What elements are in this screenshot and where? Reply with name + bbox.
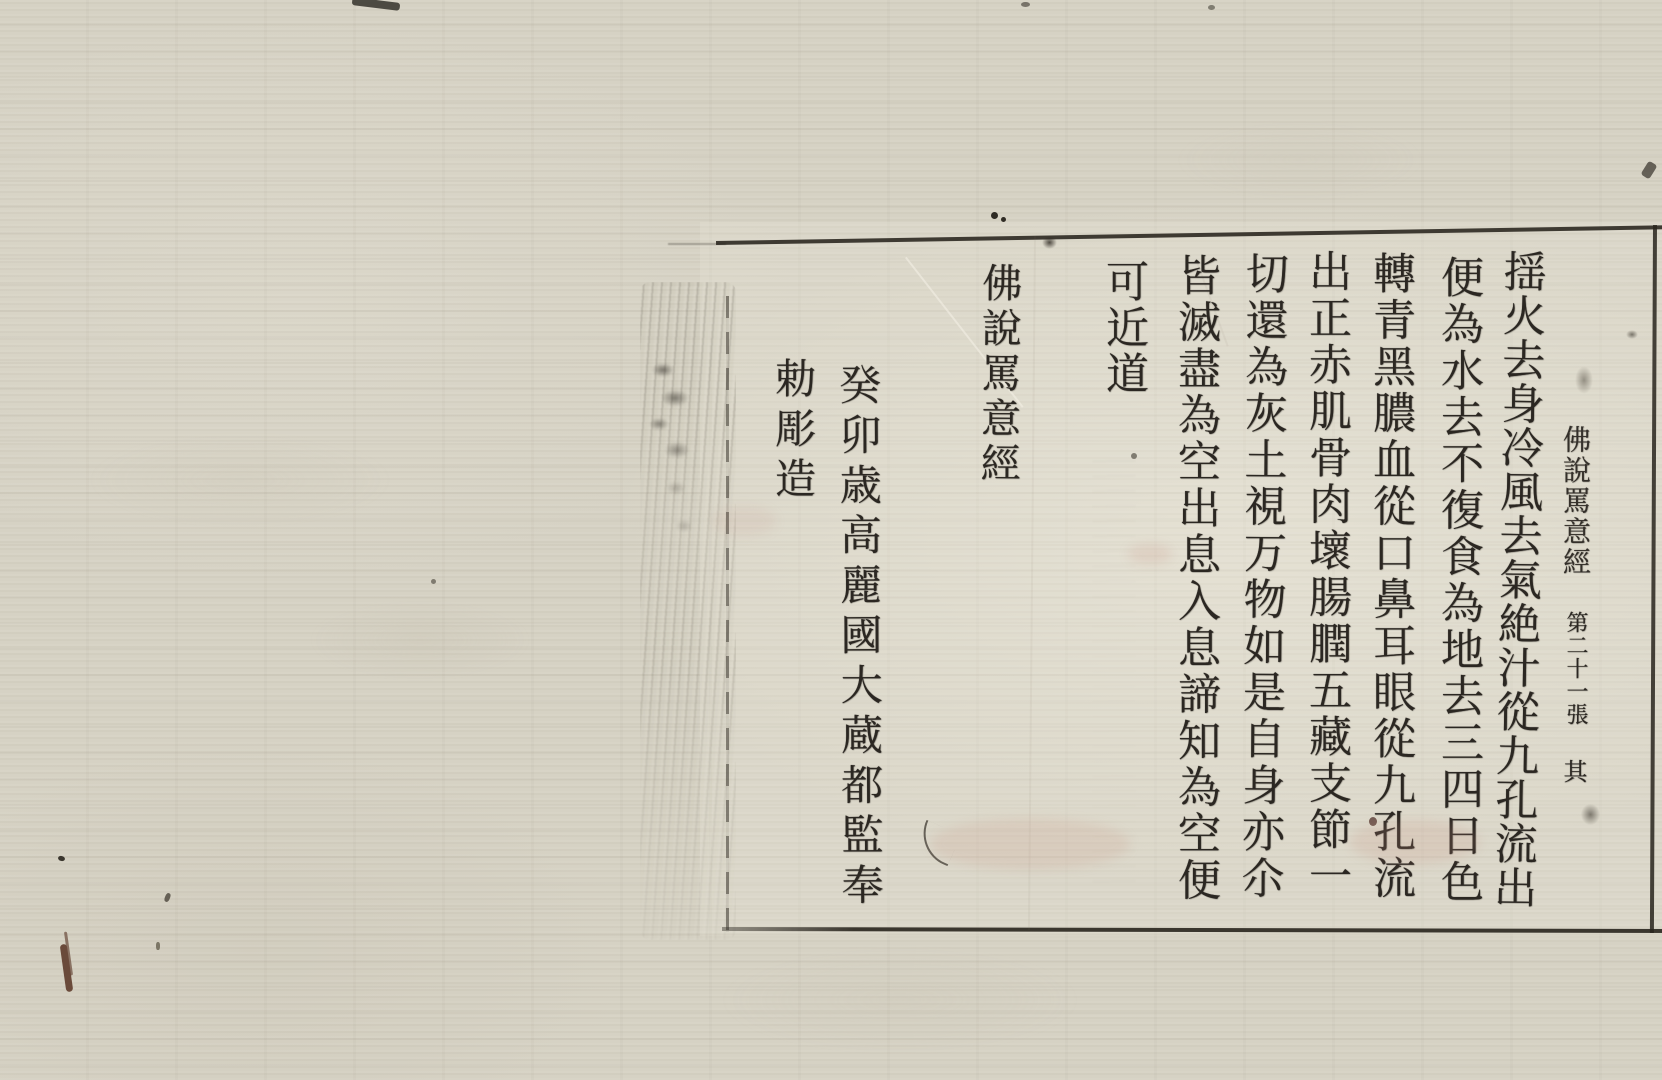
hook-shaped-ink-mark	[913, 820, 962, 867]
ink-speck	[57, 855, 65, 862]
top-edge-speck	[1208, 5, 1215, 10]
ink-speck	[156, 942, 160, 950]
colophon-column-2: 勅彫造	[771, 357, 812, 507]
ink-smudge-blotch	[645, 350, 701, 472]
colophon-column-1: 癸卯歳高麗國大蔵都監奉	[836, 363, 881, 913]
ink-smudge-blotch-small	[660, 470, 700, 560]
pink-paper-stain	[930, 818, 1130, 870]
ink-speck	[1131, 453, 1137, 459]
block-bottom-border	[722, 927, 1662, 932]
red-fiber-inclusion	[60, 944, 74, 993]
ink-speck	[431, 579, 436, 584]
small-ink-smudge	[1581, 804, 1600, 825]
ink-speck	[163, 892, 171, 902]
margin-title: 佛說罵意經	[1561, 425, 1589, 578]
text-column-2: 便為水去不復食為地去三四日色	[1437, 255, 1480, 906]
text-column-7: 可近道	[1102, 259, 1145, 397]
faint-rub-streaks	[1092, 455, 1136, 885]
pink-paper-stain	[712, 506, 776, 536]
text-column-5: 切還為灰土視万物如是自身亦尒	[1237, 251, 1285, 902]
text-column-6: 皆滅盡為空出息入息諦知為空便	[1174, 253, 1217, 904]
scanned-sutra-page: 佛說罵意經 第二十一張 其 揺火去身冷風去氣絶汁從九孔流出 便為水去不復食為地去…	[0, 0, 1662, 1080]
margin-sheet-number: 第二十一張	[1564, 611, 1586, 726]
ink-smudge-band	[640, 282, 736, 940]
margin-case-mark: 其	[1561, 759, 1585, 783]
top-edge-speck	[1021, 2, 1030, 7]
text-column-4: 出正赤肌骨肉壞腸膶五藏支節一	[1305, 249, 1348, 900]
text-column-3: 轉青黑膿血從口鼻耳眼從九孔流	[1369, 251, 1412, 902]
end-title: 佛說罵意經	[977, 262, 1019, 487]
block-top-border	[716, 225, 1662, 244]
vertical-crease	[1028, 236, 1036, 930]
ink-speck-pair	[991, 212, 998, 219]
sheet-edge-line	[726, 296, 729, 932]
right-edge-mark	[1641, 161, 1658, 180]
faint-margin-mark	[1575, 366, 1593, 394]
right-edge-speck	[1626, 330, 1638, 339]
pink-paper-stain	[1128, 544, 1172, 564]
text-column-1: 揺火去身冷風去氣絶汁從九孔流出	[1490, 249, 1543, 910]
top-edge-ink-slash	[352, 0, 401, 11]
block-right-border	[1650, 225, 1657, 933]
block-top-border-faint-end	[668, 243, 726, 245]
